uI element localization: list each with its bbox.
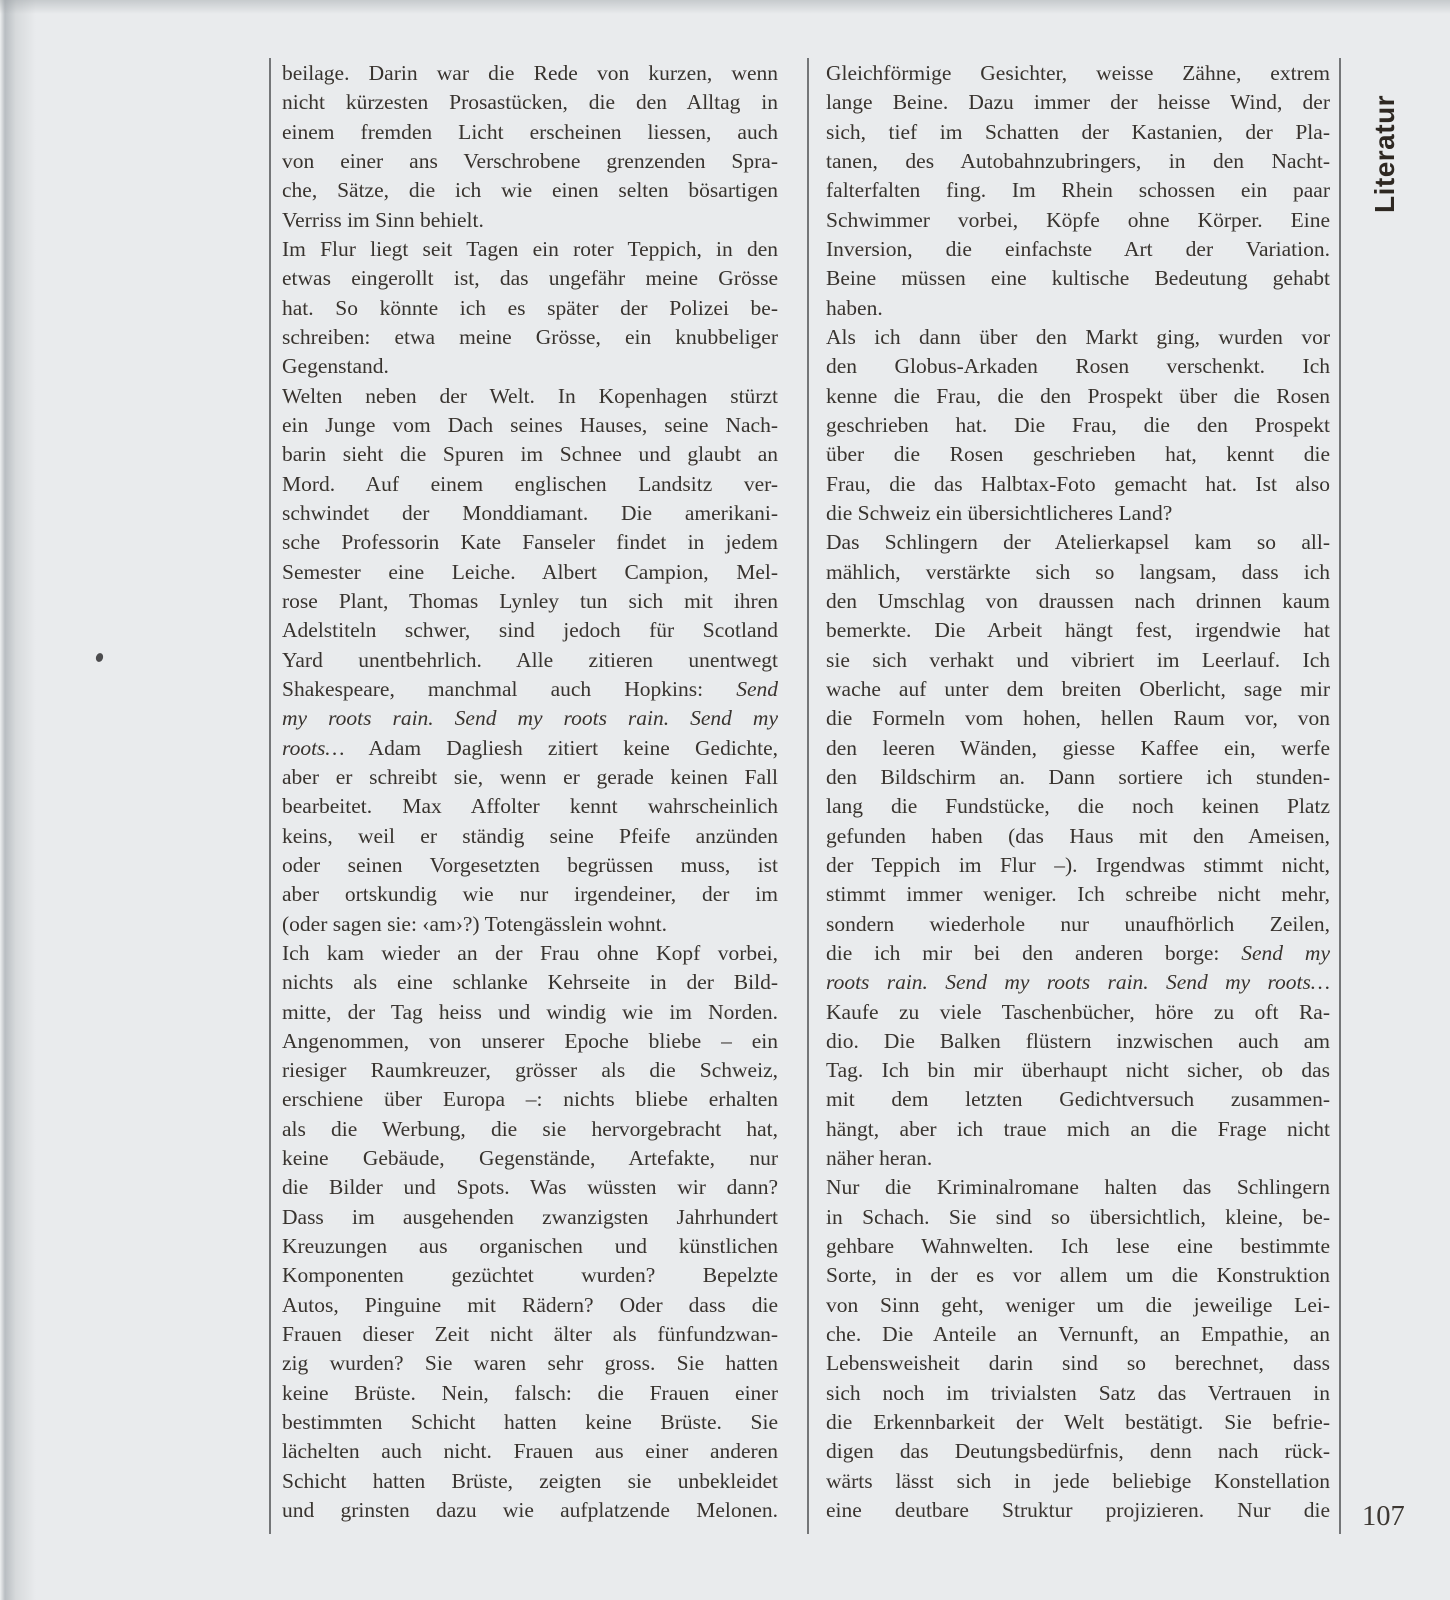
scan-edge-shadow-top [0,0,1450,14]
text-line: keine Gebäude, Gegenstände, Artefakte, n… [282,1144,778,1173]
text-line: die Formeln vom hohen, hellen Raum vor, … [826,704,1330,733]
text-line: Beine müssen eine kultische Bedeutung ge… [826,264,1330,293]
text-line: Verriss im Sinn behielt. [282,206,778,235]
text-line: Kreuzungen aus organischen und künstlich… [282,1232,778,1261]
text-line: tanen, des Autobahnzubringers, in den Na… [826,147,1330,176]
text-line: Kaufe zu viele Taschenbücher, höre zu of… [826,998,1330,1027]
text-line: Yard unentbehrlich. Alle zitieren unentw… [282,646,778,675]
text-line: riesiger Raumkreuzer, grösser als die Sc… [282,1056,778,1085]
text-line: die Schweiz ein übersichtlicheres Land? [826,499,1330,528]
text-line: Frauen dieser Zeit nicht älter als fünfu… [282,1320,778,1349]
text-line: Welten neben der Welt. In Kopenhagen stü… [282,382,778,411]
text-line: erschiene über Europa –: nichts bliebe e… [282,1085,778,1114]
text-line: Frau, die das Halbtax-Foto gemacht hat. … [826,470,1330,499]
text-line: Angenommen, von unserer Epoche bliebe – … [282,1027,778,1056]
text-line: Im Flur liegt seit Tagen ein roter Teppi… [282,235,778,264]
text-line: über die Rosen geschrieben hat, kennt di… [826,440,1330,469]
text-line: barin sieht die Spuren im Schnee und gla… [282,440,778,469]
text-line: ein Junge vom Dach seines Hauses, seine … [282,411,778,440]
page-number: 107 [1362,1501,1405,1533]
text-line: keins, weil er ständig seine Pfeife anzü… [282,822,778,851]
text-line: mählich, verstärkte sich so langsam, das… [826,558,1330,587]
text-line: haben. [826,294,1330,323]
text-line: Mord. Auf einem englischen Landsitz ver- [282,470,778,499]
text-line: wärts lässt sich in jede beliebige Konst… [826,1467,1330,1496]
text-line: der Teppich im Flur –). Irgendwas stimmt… [826,851,1330,880]
text-line: Komponenten gezüchtet wurden? Bepelzte [282,1261,778,1290]
scan-edge-shadow-left [0,0,36,1600]
text-line: beilage. Darin war die Rede von kurzen, … [282,59,778,88]
text-line: geschrieben hat. Die Frau, die den Prosp… [826,411,1330,440]
text-line: bearbeitet. Max Affolter kennt wahrschei… [282,792,778,821]
text-line: bestimmten Schicht hatten keine Brüste. … [282,1408,778,1437]
text-line: mitte, der Tag heiss und windig wie im N… [282,998,778,1027]
text-line: lächelten auch nicht. Frauen aus einer a… [282,1437,778,1466]
margin-rule-right [1339,58,1341,1534]
text-line: die ich mir bei den anderen borge: Send … [826,939,1330,968]
text-line: die Bilder und Spots. Was wüssten wir da… [282,1173,778,1202]
right-text-column: Gleichförmige Gesichter, weisse Zähne, e… [826,59,1330,1525]
text-line: lange Beine. Dazu immer der heisse Wind,… [826,88,1330,117]
text-line: sich, tief im Schatten der Kastanien, de… [826,118,1330,147]
text-line: Sorte, in der es vor allem um die Konstr… [826,1261,1330,1290]
section-label: Literatur [1369,95,1401,213]
text-line: eine deutbare Struktur projizieren. Nur … [826,1496,1330,1525]
text-line: und grinsten dazu wie aufplatzende Melon… [282,1496,778,1525]
text-line: aber er schreibt sie, wenn er gerade kei… [282,763,778,792]
text-line: Nur die Kriminalromane halten das Schlin… [826,1173,1330,1202]
text-line: sondern wiederhole nur unaufhörlich Zeil… [826,910,1330,939]
column-rule-left [269,58,271,1534]
scanned-magazine-page: beilage. Darin war die Rede von kurzen, … [0,0,1450,1600]
text-line: rose Plant, Thomas Lynley tun sich mit i… [282,587,778,616]
text-line: keine Brüste. Nein, falsch: die Frauen e… [282,1379,778,1408]
text-line: einem fremden Licht erscheinen liessen, … [282,118,778,147]
text-line: den Umschlag von draussen nach drinnen k… [826,587,1330,616]
text-line: sich noch im trivialsten Satz das Vertra… [826,1379,1330,1408]
text-line: den Bildschirm an. Dann sortiere ich stu… [826,763,1330,792]
text-line: Gleichförmige Gesichter, weisse Zähne, e… [826,59,1330,88]
text-line: Inversion, die einfachste Art der Variat… [826,235,1330,264]
text-line: (oder sagen sie: ‹am›?) Totengässlein wo… [282,910,778,939]
text-line: Autos, Pinguine mit Rädern? Oder dass di… [282,1291,778,1320]
text-line: Gegenstand. [282,352,778,381]
text-line: nichts als eine schlanke Kehrseite in de… [282,968,778,997]
text-line: Das Schlingern der Atelierkapsel kam so … [826,528,1330,557]
left-text-column: beilage. Darin war die Rede von kurzen, … [282,59,778,1525]
text-line: näher heran. [826,1144,1330,1173]
text-line: den Globus-Arkaden Rosen verschenkt. Ich [826,352,1330,381]
text-line: den leeren Wänden, giesse Kaffee ein, we… [826,734,1330,763]
text-line: von Sinn geht, weniger um die jeweilige … [826,1291,1330,1320]
text-line: che, Sätze, die ich wie einen selten bös… [282,176,778,205]
scan-speck [95,652,105,663]
text-line: Tag. Ich bin mir überhaupt nicht sicher,… [826,1056,1330,1085]
text-line: in Schach. Sie sind so übersichtlich, kl… [826,1203,1330,1232]
text-line: oder seinen Vorgesetzten begrüssen muss,… [282,851,778,880]
text-line: Dass im ausgehenden zwanzigsten Jahrhund… [282,1203,778,1232]
text-line: zig wurden? Sie waren sehr gross. Sie ha… [282,1349,778,1378]
text-line: lang die Fundstücke, die noch keinen Pla… [826,792,1330,821]
text-line: sie sich verhakt und vibriert im Leerlau… [826,646,1330,675]
text-line: Schicht hatten Brüste, zeigten sie unbek… [282,1467,778,1496]
text-line: Semester eine Leiche. Albert Campion, Me… [282,558,778,587]
text-line: schwindet der Monddiamant. Die amerikani… [282,499,778,528]
text-line: aber ortskundig wie nur irgendeiner, der… [282,880,778,909]
text-line: als die Werbung, die sie hervorgebracht … [282,1115,778,1144]
text-line: Schwimmer vorbei, Köpfe ohne Körper. Ein… [826,206,1330,235]
text-line: etwas eingerollt ist, das ungefähr meine… [282,264,778,293]
text-line: gefunden haben (das Haus mit den Ameisen… [826,822,1330,851]
text-line: von einer ans Verschrobene grenzenden Sp… [282,147,778,176]
text-line: Als ich dann über den Markt ging, wurden… [826,323,1330,352]
text-line: my roots rain. Send my roots rain. Send … [282,704,778,733]
text-line: roots… Adam Dagliesh zitiert keine Gedic… [282,734,778,763]
text-line: sche Professorin Kate Fanseler findet in… [282,528,778,557]
text-line: digen das Deutungsbedürfnis, denn nach r… [826,1437,1330,1466]
text-line: hat. So könnte ich es später der Polizei… [282,294,778,323]
text-line: falterfalten fing. Im Rhein schossen ein… [826,176,1330,205]
text-line: hängt, aber ich traue mich an die Frage … [826,1115,1330,1144]
text-line: che. Die Anteile an Vernunft, an Empathi… [826,1320,1330,1349]
text-line: nicht kürzesten Prosastücken, die den Al… [282,88,778,117]
text-line: Shakespeare, manchmal auch Hopkins: Send [282,675,778,704]
text-line: schreiben: etwa meine Grösse, ein knubbe… [282,323,778,352]
text-line: mit dem letzten Gedichtversuch zusammen- [826,1085,1330,1114]
text-line: stimmt immer weniger. Ich schreibe nicht… [826,880,1330,909]
text-line: wache auf unter dem breiten Oberlicht, s… [826,675,1330,704]
text-line: Ich kam wieder an der Frau ohne Kopf vor… [282,939,778,968]
text-line: kenne die Frau, die den Prospekt über di… [826,382,1330,411]
text-line: die Erkennbarkeit der Welt bestätigt. Si… [826,1408,1330,1437]
text-line: bemerkte. Die Arbeit hängt fest, irgendw… [826,616,1330,645]
text-line: Lebensweisheit darin sind so berechnet, … [826,1349,1330,1378]
text-line: gehbare Wahnwelten. Ich lese eine bestim… [826,1232,1330,1261]
text-line: dio. Die Balken flüstern inzwischen auch… [826,1027,1330,1056]
text-line: roots rain. Send my roots rain. Send my … [826,968,1330,997]
column-rule-middle [807,58,809,1534]
text-line: Adelstiteln schwer, sind jedoch für Scot… [282,616,778,645]
